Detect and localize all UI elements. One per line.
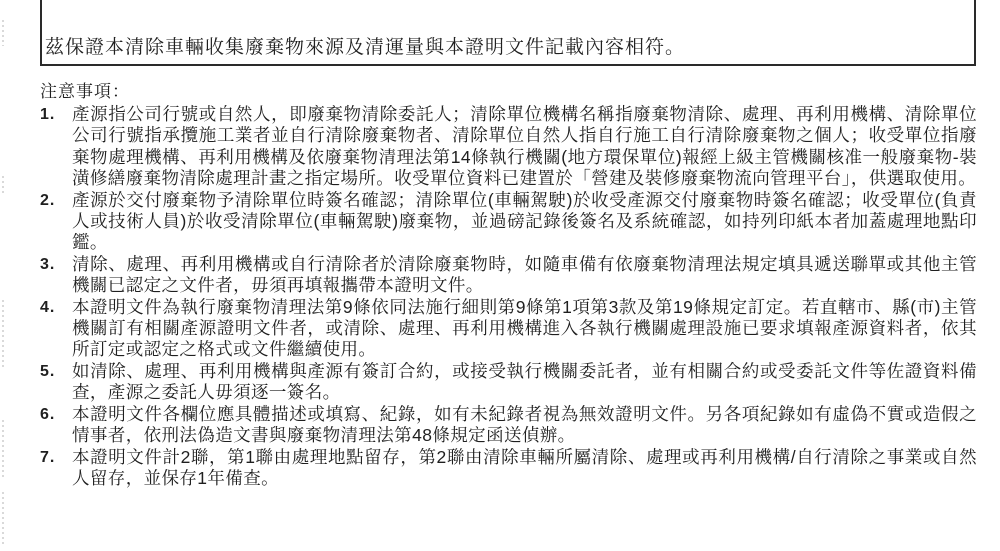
note-text: 產源於交付廢棄物予清除單位時簽名確認；清除單位(車輛駕駛)於收受產源交付廢棄物時… <box>72 190 977 254</box>
scan-artifact <box>2 300 4 370</box>
note-text: 本證明文件計2聯，第1聯由處理地點留存，第2聯由清除車輛所屬清除、處理或再利用機… <box>72 447 977 490</box>
guarantee-statement-box: 茲保證本清除車輛收集廢棄物來源及清運量與本證明文件記載內容相符。 <box>40 0 976 66</box>
note-text: 本證明文件各欄位應具體描述或填寫、紀錄，如有未紀錄者視為無效證明文件。另各項紀錄… <box>72 404 977 447</box>
scan-artifact <box>2 20 4 46</box>
scan-artifact <box>2 176 4 194</box>
note-item: 6. 本證明文件各欄位應具體描述或填寫、紀錄，如有未紀錄者視為無效證明文件。另各… <box>40 404 977 447</box>
note-item: 1. 產源指公司行號或自然人，即廢棄物清除委託人；清除單位機構名稱指廢棄物清除、… <box>40 104 977 190</box>
note-text: 本證明文件為執行廢棄物清理法第9條依同法施行細則第9條第1項第3款及第19條規定… <box>72 297 977 361</box>
guarantee-text: 茲保證本清除車輛收集廢棄物來源及清運量與本證明文件記載內容相符。 <box>45 32 685 59</box>
note-number: 3. <box>40 254 72 275</box>
note-item: 7. 本證明文件計2聯，第1聯由處理地點留存，第2聯由清除車輛所屬清除、處理或再… <box>40 447 977 490</box>
notes-title: 注意事項： <box>40 80 977 104</box>
scanned-document-page: 茲保證本清除車輛收集廢棄物來源及清運量與本證明文件記載內容相符。 注意事項： 1… <box>0 0 1000 551</box>
note-number: 1. <box>40 104 72 125</box>
scan-artifact <box>2 492 4 544</box>
note-item: 3. 清除、處理、再利用機構或自行清除者於清除廢棄物時，如隨車備有依廢棄物清理法… <box>40 254 977 297</box>
note-number: 2. <box>40 190 72 211</box>
notes-section: 注意事項： 1. 產源指公司行號或自然人，即廢棄物清除委託人；清除單位機構名稱指… <box>40 80 977 489</box>
note-number: 4. <box>40 297 72 318</box>
note-number: 7. <box>40 447 72 468</box>
note-number: 5. <box>40 361 72 382</box>
note-number: 6. <box>40 404 72 425</box>
note-item: 5. 如清除、處理、再利用機構與產源有簽訂合約，或接受執行機關委託者，並有相關合… <box>40 361 977 404</box>
note-text: 如清除、處理、再利用機構與產源有簽訂合約，或接受執行機關委託者，並有相關合約或受… <box>72 361 977 404</box>
scan-artifact <box>2 420 4 480</box>
note-text: 清除、處理、再利用機構或自行清除者於清除廢棄物時，如隨車備有依廢棄物清理法規定填… <box>72 254 977 297</box>
note-item: 2. 產源於交付廢棄物予清除單位時簽名確認；清除單位(車輛駕駛)於收受產源交付廢… <box>40 190 977 254</box>
note-item: 4. 本證明文件為執行廢棄物清理法第9條依同法施行細則第9條第1項第3款及第19… <box>40 297 977 361</box>
note-text: 產源指公司行號或自然人，即廢棄物清除委託人；清除單位機構名稱指廢棄物清除、處理、… <box>72 104 977 190</box>
